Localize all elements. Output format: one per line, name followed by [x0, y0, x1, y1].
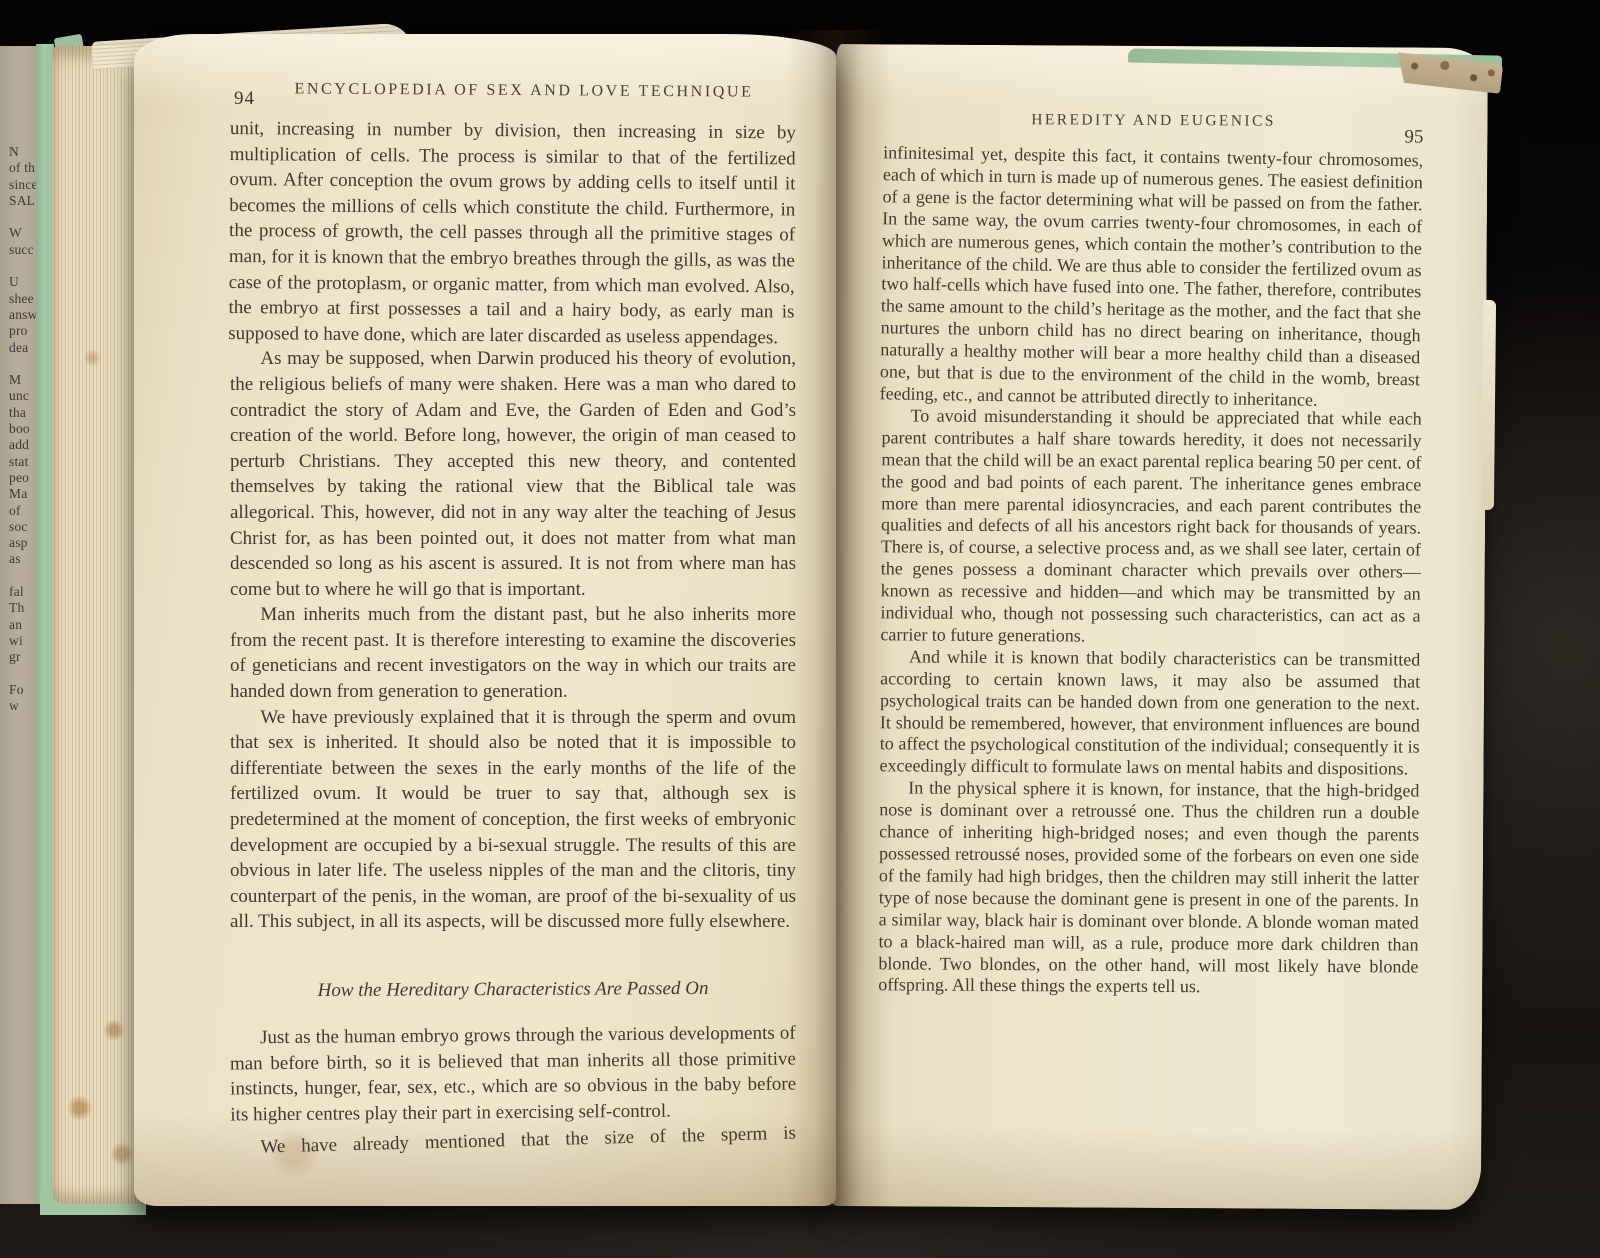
section-heading: How the Hereditary Characteristics Are P… — [230, 976, 796, 1005]
body-paragraph: As may be supposed, when Darwin produced… — [230, 346, 796, 602]
dust-jacket-flap: N of th since SAL W succ U shee answ pro… — [0, 46, 40, 1204]
right-page-edge-sliver — [1481, 300, 1496, 510]
left-page-number: 94 — [234, 86, 255, 112]
book-photo: N of th since SAL W succ U shee answ pro… — [0, 0, 1600, 1258]
body-paragraph: infinitesimal yet, despite this fact, it… — [880, 142, 1424, 413]
right-page: HEREDITY AND EUGENICS 95 infinitesimal y… — [829, 44, 1488, 1210]
right-page-header: HEREDITY AND EUGENICS 95 — [883, 106, 1423, 145]
right-page-text-block: HEREDITY AND EUGENICS 95 infinitesimal y… — [878, 106, 1423, 1000]
body-paragraph: To avoid misunderstanding it should be a… — [880, 405, 1421, 649]
right-running-header: HEREDITY AND EUGENICS — [1031, 109, 1276, 132]
body-paragraph: Just as the human embryo grows through t… — [230, 1020, 797, 1127]
body-paragraph: And while it is known that bodily charac… — [880, 646, 1421, 781]
body-paragraph: We have previously explained that it is … — [230, 705, 796, 935]
left-page-text-block: 94 ENCYCLOPEDIA OF SEX AND LOVE TECHNIQU… — [230, 78, 796, 1154]
left-page: 94 ENCYCLOPEDIA OF SEX AND LOVE TECHNIQU… — [134, 34, 836, 1206]
fore-edge-pages — [52, 46, 142, 1204]
body-paragraph: In the physical sphere it is known, for … — [878, 778, 1419, 1000]
body-paragraph: unit, increasing in number by division, … — [228, 116, 796, 351]
right-page-number: 95 — [1404, 126, 1423, 148]
left-running-header: ENCYCLOPEDIA OF SEX AND LOVE TECHNIQUE — [295, 76, 754, 105]
body-paragraph: Man inherits much from the distant past,… — [230, 602, 796, 704]
left-page-header: 94 ENCYCLOPEDIA OF SEX AND LOVE TECHNIQU… — [230, 78, 796, 116]
